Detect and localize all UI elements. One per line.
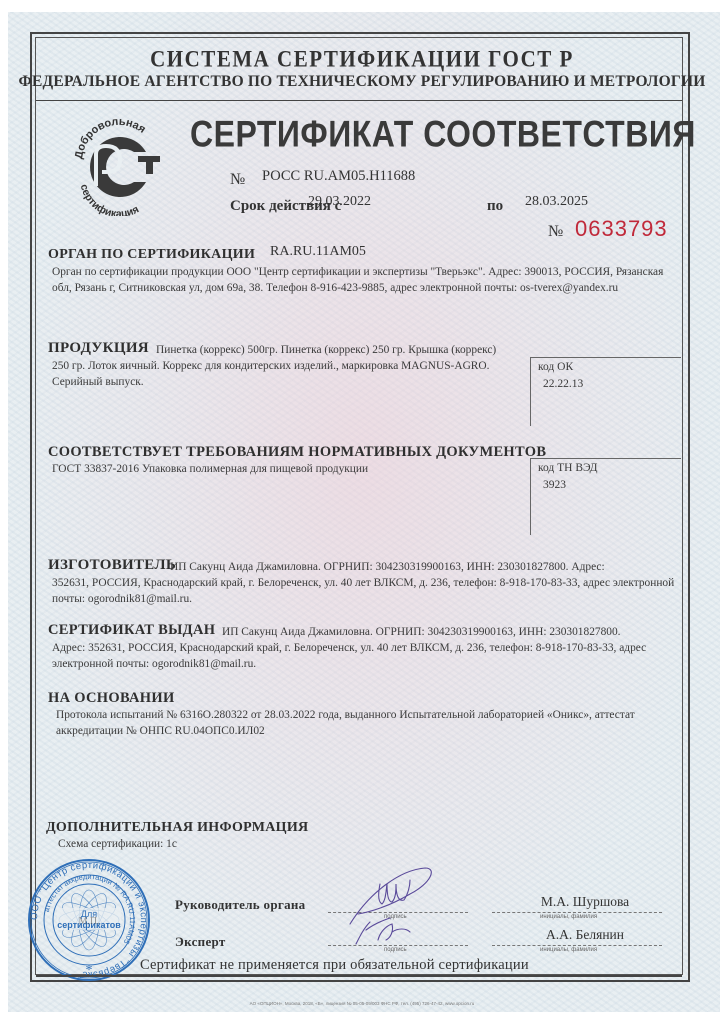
blank-number-label: № [548, 223, 563, 241]
expert-name-caption: инициалы, фамилия [540, 947, 597, 953]
expert-label: Эксперт [175, 934, 226, 950]
issued-to-heading: СЕРТИФИКАТ ВЫДАН [48, 622, 215, 639]
head-name-caption: инициалы, фамилия [540, 914, 597, 920]
voluntary-certification-note: Сертификат не применяется при обязательн… [140, 957, 529, 974]
handwritten-signature-icon [330, 862, 440, 952]
blank-serial-number: 0633793 [575, 216, 668, 242]
tnved-code-box: код ТН ВЭД 3923 [530, 458, 681, 535]
issued-to-text-first-line: ИП Сакунц Аида Джамиловна. ОГРНИП: 30423… [222, 624, 621, 640]
certificate-title: СЕРТИФИКАТ СООТВЕТСТВИЯ [190, 113, 696, 156]
svg-text:М.П.: М.П. [78, 916, 99, 927]
agency-title: ФЕДЕРАЛЬНОЕ АГЕНТСТВО ПО ТЕХНИЧЕСКОМУ РЕ… [0, 73, 724, 91]
certification-body-text: Орган по сертификации продукции ООО "Цен… [52, 264, 682, 296]
product-text-first-line: Пинетка (коррекс) 500гр. Пинетка (коррек… [156, 342, 496, 358]
valid-from-date: 29.03.2022 [308, 194, 371, 210]
basis-heading: НА ОСНОВАНИИ [48, 690, 175, 707]
head-name-line [492, 912, 662, 913]
expert-name: А.А. Белянин [520, 927, 650, 943]
certification-body-heading: ОРГАН ПО СЕРТИФИКАЦИИ [48, 247, 255, 263]
conformity-text: ГОСТ 33837-2016 Упаковка полимерная для … [52, 461, 368, 477]
okp-code-value: 22.22.13 [543, 378, 583, 390]
certification-body-code: RA.RU.11АМ05 [270, 244, 366, 260]
tnved-code-value: 3923 [543, 479, 566, 491]
pct-logo-icon: Добровольная сертификация [68, 116, 168, 216]
certification-scheme: Схема сертификации: 1с [58, 836, 177, 852]
additional-info-heading: ДОПОЛНИТЕЛЬНАЯ ИНФОРМАЦИЯ [46, 820, 308, 836]
valid-to-date: 28.03.2025 [525, 194, 588, 210]
manufacturer-text: 352631, РОССИЯ, Краснодарский край, г. Б… [52, 575, 682, 607]
head-name: М.А. Шуршова [520, 894, 650, 910]
basis-text: Протокола испытаний № 6316О.280322 от 28… [56, 707, 676, 739]
header-divider [36, 100, 682, 101]
certificate-number: РОСС RU.АМ05.Н11688 [262, 168, 415, 185]
to-label: по [487, 198, 503, 215]
okp-code-box: код ОК 22.22.13 [530, 357, 681, 426]
manufacturer-heading: ИЗГОТОВИТЕЛЬ [48, 557, 176, 574]
product-heading: ПРОДУКЦИЯ [48, 340, 149, 357]
expert-name-line [492, 945, 662, 946]
issued-to-text: Адрес: 352631, РОССИЯ, Краснодарский кра… [52, 640, 682, 672]
number-label: № [230, 171, 245, 189]
head-of-body-label: Руководитель органа [175, 897, 305, 913]
okp-code-label: код ОК [538, 361, 573, 373]
tnved-code-label: код ТН ВЭД [538, 462, 598, 474]
manufacturer-text-first-line: ИП Сакунц Аида Джамиловна. ОГРНИП: 30423… [170, 559, 605, 575]
product-text: 250 гр. Лоток яичный. Коррекс для кондит… [52, 358, 522, 390]
system-title: СИСТЕМА СЕРТИФИКАЦИИ ГОСТ Р [0, 46, 724, 74]
printer-imprint: АО «ОПЦИОН», Москва, 2018, «Б», лицензия… [0, 1001, 724, 1006]
conformity-heading: СООТВЕТСТВУЕТ ТРЕБОВАНИЯМ НОРМАТИВНЫХ ДО… [48, 444, 546, 462]
footer-rule [36, 975, 682, 977]
seal-stamp-icon: ООО "Центр сертификации и экспертизы "Тв… [27, 858, 151, 982]
